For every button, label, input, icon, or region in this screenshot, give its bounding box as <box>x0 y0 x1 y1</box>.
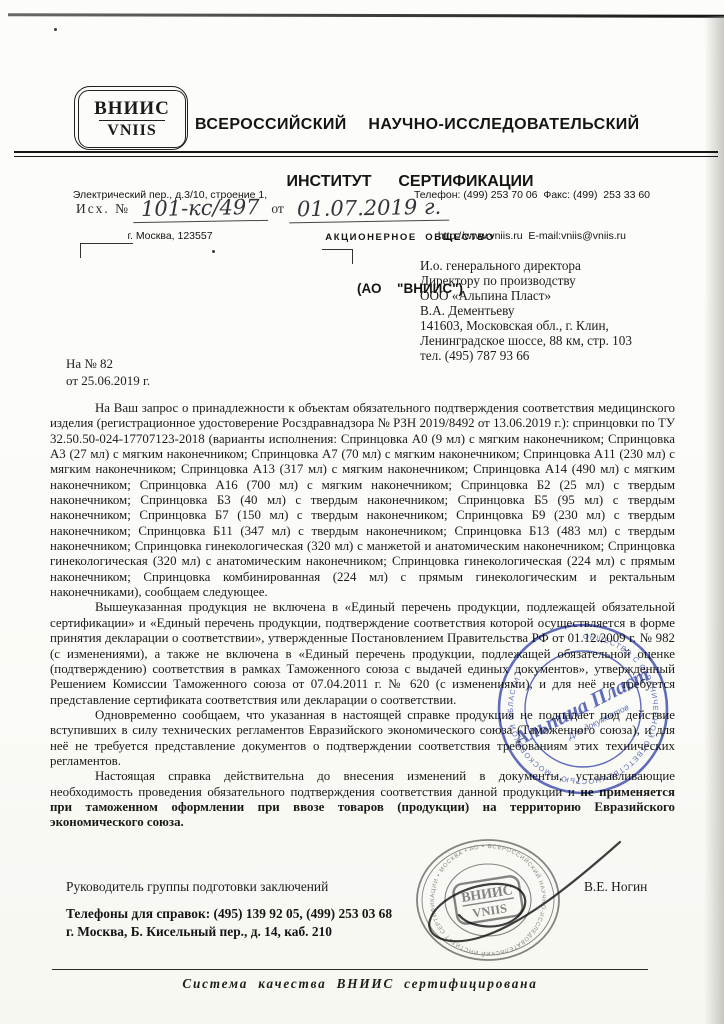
logo-divider <box>99 120 165 121</box>
recipient-line: И.о. генерального директора <box>420 258 632 273</box>
recipient-line: Директору по производству <box>420 273 632 288</box>
address-zone-corner-left <box>80 243 133 258</box>
incoming-ref-number: На № 82 <box>66 356 150 373</box>
address-zone-corner-right <box>322 249 353 264</box>
recipient-line: тел. (495) 787 93 66 <box>420 348 632 363</box>
alpina-stamp-company-name: Альпина Пласт <box>508 662 653 752</box>
outgoing-ref-from-label: от <box>271 201 283 216</box>
handwritten-outgoing-number: 101-кс/497 <box>133 195 268 223</box>
recipient-block: И.о. генерального директора Директору по… <box>420 258 632 363</box>
recipient-line: В.А. Дементьеву <box>420 303 632 318</box>
web-email-line: http://www.vniis.ru E-mail:vniis@vniis.r… <box>382 230 682 244</box>
scan-artifact-right-edge <box>704 16 724 1024</box>
reference-phones-block: Телефоны для справок: (495) 139 92 05, (… <box>66 905 392 940</box>
vniis-logo: ВНИИС VNIIS <box>74 86 188 150</box>
handwritten-outgoing-date: 01.07.2019 г. <box>289 195 450 224</box>
incoming-reference-block: На № 82 от 25.06.2019 г. <box>66 356 150 389</box>
footer-divider <box>52 969 648 970</box>
quality-system-note: Система качества ВНИИС сертифицирована <box>130 976 590 992</box>
org-name-line1: ВСЕРОССИЙСКИЙ НАУЧНО-ИССЛЕДОВАТЕЛЬСКИЙ <box>195 116 625 134</box>
recipient-line: 141603, Московская обл., г. Клин, <box>420 318 632 333</box>
scan-speck <box>54 28 57 31</box>
signature-stroke <box>429 842 620 941</box>
logo-text-cyrillic: ВНИИС <box>94 99 170 119</box>
handwritten-signature <box>398 828 633 958</box>
outgoing-reference-line: Исх. № 101-кс/497 от 01.07.2019 г. <box>76 196 449 222</box>
recipient-line: ООО «Альпина Пласт» <box>420 288 632 303</box>
recipient-line: Ленинградское шоссе, 88 км, стр. 103 <box>420 333 632 348</box>
body-paragraph-1: На Ваш запрос о принадлежности к объекта… <box>50 401 675 600</box>
letterhead-divider <box>14 151 718 157</box>
outgoing-ref-label: Исх. № <box>76 201 130 216</box>
logo-text-latin: VNIIS <box>107 123 156 139</box>
phones-line: Телефоны для справок: (495) 139 92 05, (… <box>66 905 392 923</box>
signoff-position-title: Руководитель группы подготовки заключени… <box>66 879 328 895</box>
scan-artifact-top-line <box>8 13 724 17</box>
scanned-letter-page: ВНИИС VNIIS ВСЕРОССИЙСКИЙ НАУЧНО-ИССЛЕДО… <box>0 0 724 1024</box>
incoming-ref-date: от 25.06.2019 г. <box>66 373 150 390</box>
alpina-plast-round-stamp: ОБЩЕСТВО С ОГРАНИЧЕННОЙ ОТВЕТСТВЕННОСТЬЮ… <box>478 612 688 812</box>
address-line-2: г. Москва, 123557 <box>52 230 288 244</box>
office-address-line: г. Москва, Б. Кисельный пер., д. 14, каб… <box>66 923 392 941</box>
vniis-logo-inner-frame: ВНИИС VNIIS <box>78 90 186 148</box>
